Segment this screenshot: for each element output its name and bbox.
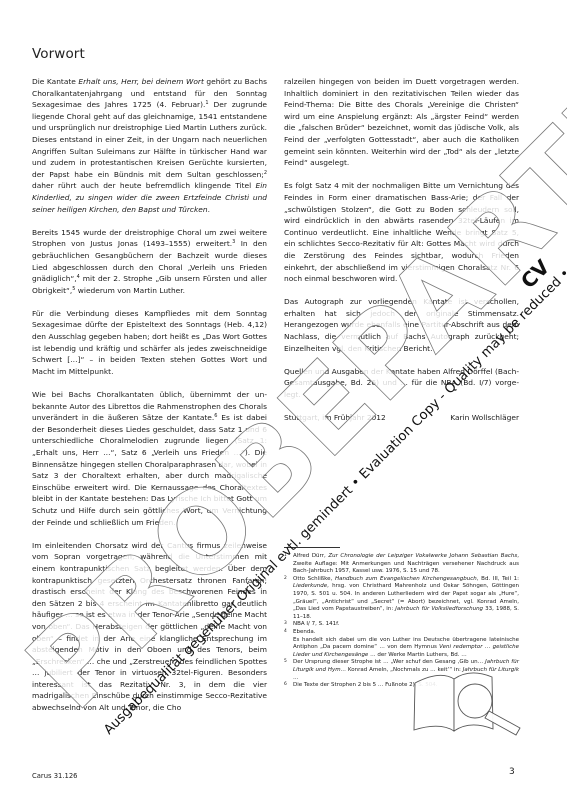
paragraph: Bereits 1545 wurde der dreistrophige Cho… [32, 227, 267, 297]
footnote-text: NBA I/ 7, S. 141f. [293, 621, 339, 627]
footnote: 3NBA I/ 7, S. 141f. [284, 621, 519, 629]
page-number: 3 [509, 767, 515, 777]
catalog-number: Carus 31.126 [32, 772, 78, 780]
paragraph: ralzeilen hingegen von beiden im Duett v… [284, 76, 519, 169]
footnote-number: 5 [284, 658, 287, 666]
footnote-number: 4 [284, 628, 287, 636]
footnote-number: 1 [284, 552, 287, 560]
footnote: 5Der Ursprung dieser Strophe ist … „Wer … [284, 659, 519, 682]
footnote-number: 2 [284, 575, 287, 583]
carus-logo-icon: CV [516, 255, 554, 293]
page-title: Vorwort [32, 46, 85, 62]
footnote: 6Die Texte der Strophen 2 bis 5 … Fußnot… [284, 682, 519, 690]
paragraph: Die Kantate Erhalt uns, Herr, bei deinem… [32, 76, 267, 215]
footnote-number: 3 [284, 620, 287, 628]
footnote: 1Alfred Dürr, Zur Chronologie der Leipzi… [284, 553, 519, 576]
paragraph: Für die Verbindung dieses Kampfliedes mi… [32, 308, 267, 378]
right-column: ralzeilen hingegen von beiden im Duett v… [284, 76, 519, 424]
footnote-text: Der Ursprung dieser Strophe ist … „Wer s… [293, 659, 519, 680]
footnote-number: 6 [284, 681, 287, 689]
footnote-text: Die Texte der Strophen 2 bis 5 … Fußnote… [293, 682, 438, 688]
footnotes: 1Alfred Dürr, Zur Chronologie der Leipzi… [284, 553, 519, 690]
signature: Stuttgart, im Frühjahr 2012 Karin Wollsc… [284, 412, 519, 424]
footnote-text: Otto Schlißke, Handbuch zum Evangelische… [293, 576, 519, 620]
signature-place-date: Stuttgart, im Frühjahr 2012 [284, 412, 386, 424]
footnote: 2Otto Schlißke, Handbuch zum Evangelisch… [284, 576, 519, 622]
paragraph: Im einleitenden Chorsatz wird der Cantus… [32, 540, 267, 714]
footnote-divider [284, 547, 340, 548]
document-page: Vorwort Die Kantate Erhalt uns, Herr, be… [0, 0, 567, 800]
footnote-text: Alfred Dürr, Zur Chronologie der Leipzig… [293, 553, 519, 574]
footnote: 4Ebenda.Es handelt sich dabei um die von… [284, 629, 519, 659]
signature-author: Karin Wollschläger [450, 412, 519, 424]
paragraph: Quellen und Ausgaben der Kantate haben A… [284, 366, 519, 401]
left-column: Die Kantate Erhalt uns, Herr, bei deinem… [32, 76, 267, 725]
paragraph: Wie bei Bachs Choralkantaten üblich, übe… [32, 389, 267, 528]
footnote-text: Ebenda.Es handelt sich dabei um die von … [293, 629, 519, 658]
paragraph: Es folgt Satz 4 mit der nochmaligen Bitt… [284, 180, 519, 284]
paragraph: Das Autograph zur vorliegenden Kantate i… [284, 296, 519, 354]
